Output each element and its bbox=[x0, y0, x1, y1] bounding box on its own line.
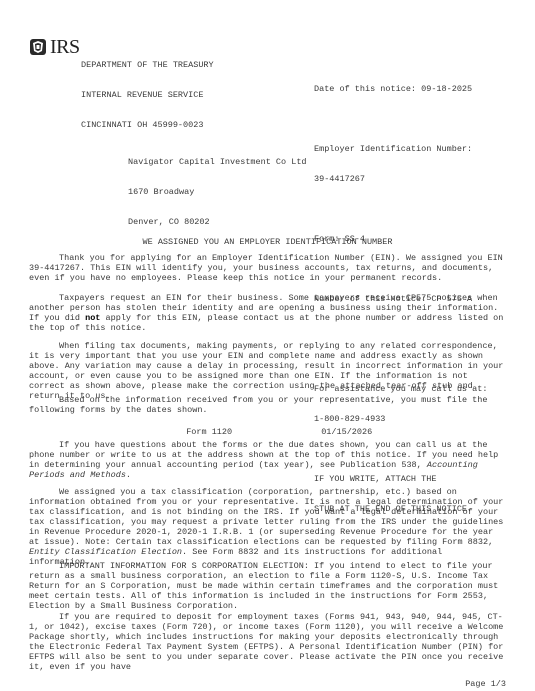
paragraph-identity-theft: Taxpayers request an EIN for their busin… bbox=[29, 293, 507, 333]
page-number: Page 1/3 bbox=[465, 679, 506, 689]
recipient-address: Navigator Capital Investment Co Ltd 1670… bbox=[128, 137, 307, 237]
text-segment: We assigned you a tax classification (co… bbox=[29, 487, 503, 547]
paragraph-text: Thank you for applying for an Employer I… bbox=[29, 253, 507, 283]
irs-eagle-seal-icon bbox=[29, 38, 47, 56]
emphasis-not: not bbox=[85, 313, 100, 323]
paragraph-eftps: If you are required to deposit for emplo… bbox=[29, 612, 507, 672]
form-name: Form 1120 bbox=[186, 427, 321, 437]
agency-address: DEPARTMENT OF THE TREASURY INTERNAL REVE… bbox=[81, 40, 214, 140]
irs-logo: IRS bbox=[29, 38, 80, 56]
notice-date: Date of this notice: 09-18-2025 bbox=[314, 84, 487, 94]
paragraph-text: Taxpayers request an EIN for their busin… bbox=[29, 293, 507, 333]
paragraph-ein-assigned: Thank you for applying for an Employer I… bbox=[29, 253, 507, 283]
ein-label: Employer Identification Number: bbox=[314, 144, 487, 154]
paragraph-tax-classification: We assigned you a tax classification (co… bbox=[29, 487, 507, 567]
text-segment: . bbox=[126, 470, 131, 480]
paragraph-text: Based on the information received from y… bbox=[29, 395, 507, 415]
paragraph-text: If you are required to deposit for emplo… bbox=[29, 612, 507, 672]
form-due-date: 01/15/2026 bbox=[321, 427, 372, 437]
agency-line: INTERNAL REVENUE SERVICE bbox=[81, 90, 214, 100]
agency-line: DEPARTMENT OF THE TREASURY bbox=[81, 60, 214, 70]
filing-requirement-row: Form 112001/15/2026 bbox=[176, 417, 372, 437]
paragraph-text: We assigned you a tax classification (co… bbox=[29, 487, 507, 567]
notice-title: WE ASSIGNED YOU AN EMPLOYER IDENTIFICATI… bbox=[0, 237, 535, 247]
recipient-city: Denver, CO 80202 bbox=[128, 217, 307, 227]
paragraph-questions: If you have questions about the forms or… bbox=[29, 440, 507, 480]
paragraph-text: IMPORTANT INFORMATION FOR S CORPORATION … bbox=[29, 561, 507, 611]
form-title: Entity Classification Election bbox=[29, 547, 182, 557]
text-segment: apply for this EIN, please contact us at… bbox=[29, 313, 503, 333]
irs-wordmark: IRS bbox=[50, 38, 80, 56]
paragraph-use-ein: When filing tax documents, making paymen… bbox=[29, 341, 507, 401]
paragraph-s-corp-election: IMPORTANT INFORMATION FOR S CORPORATION … bbox=[29, 561, 507, 611]
recipient-name: Navigator Capital Investment Co Ltd bbox=[128, 157, 307, 167]
paragraph-text: When filing tax documents, making paymen… bbox=[29, 341, 507, 401]
agency-line: CINCINNATI OH 45999-0023 bbox=[81, 120, 214, 130]
recipient-street: 1670 Broadway bbox=[128, 187, 307, 197]
ein-value: 39-4417267 bbox=[314, 174, 487, 184]
paragraph-forms-required: Based on the information received from y… bbox=[29, 395, 507, 415]
paragraph-text: If you have questions about the forms or… bbox=[29, 440, 507, 480]
